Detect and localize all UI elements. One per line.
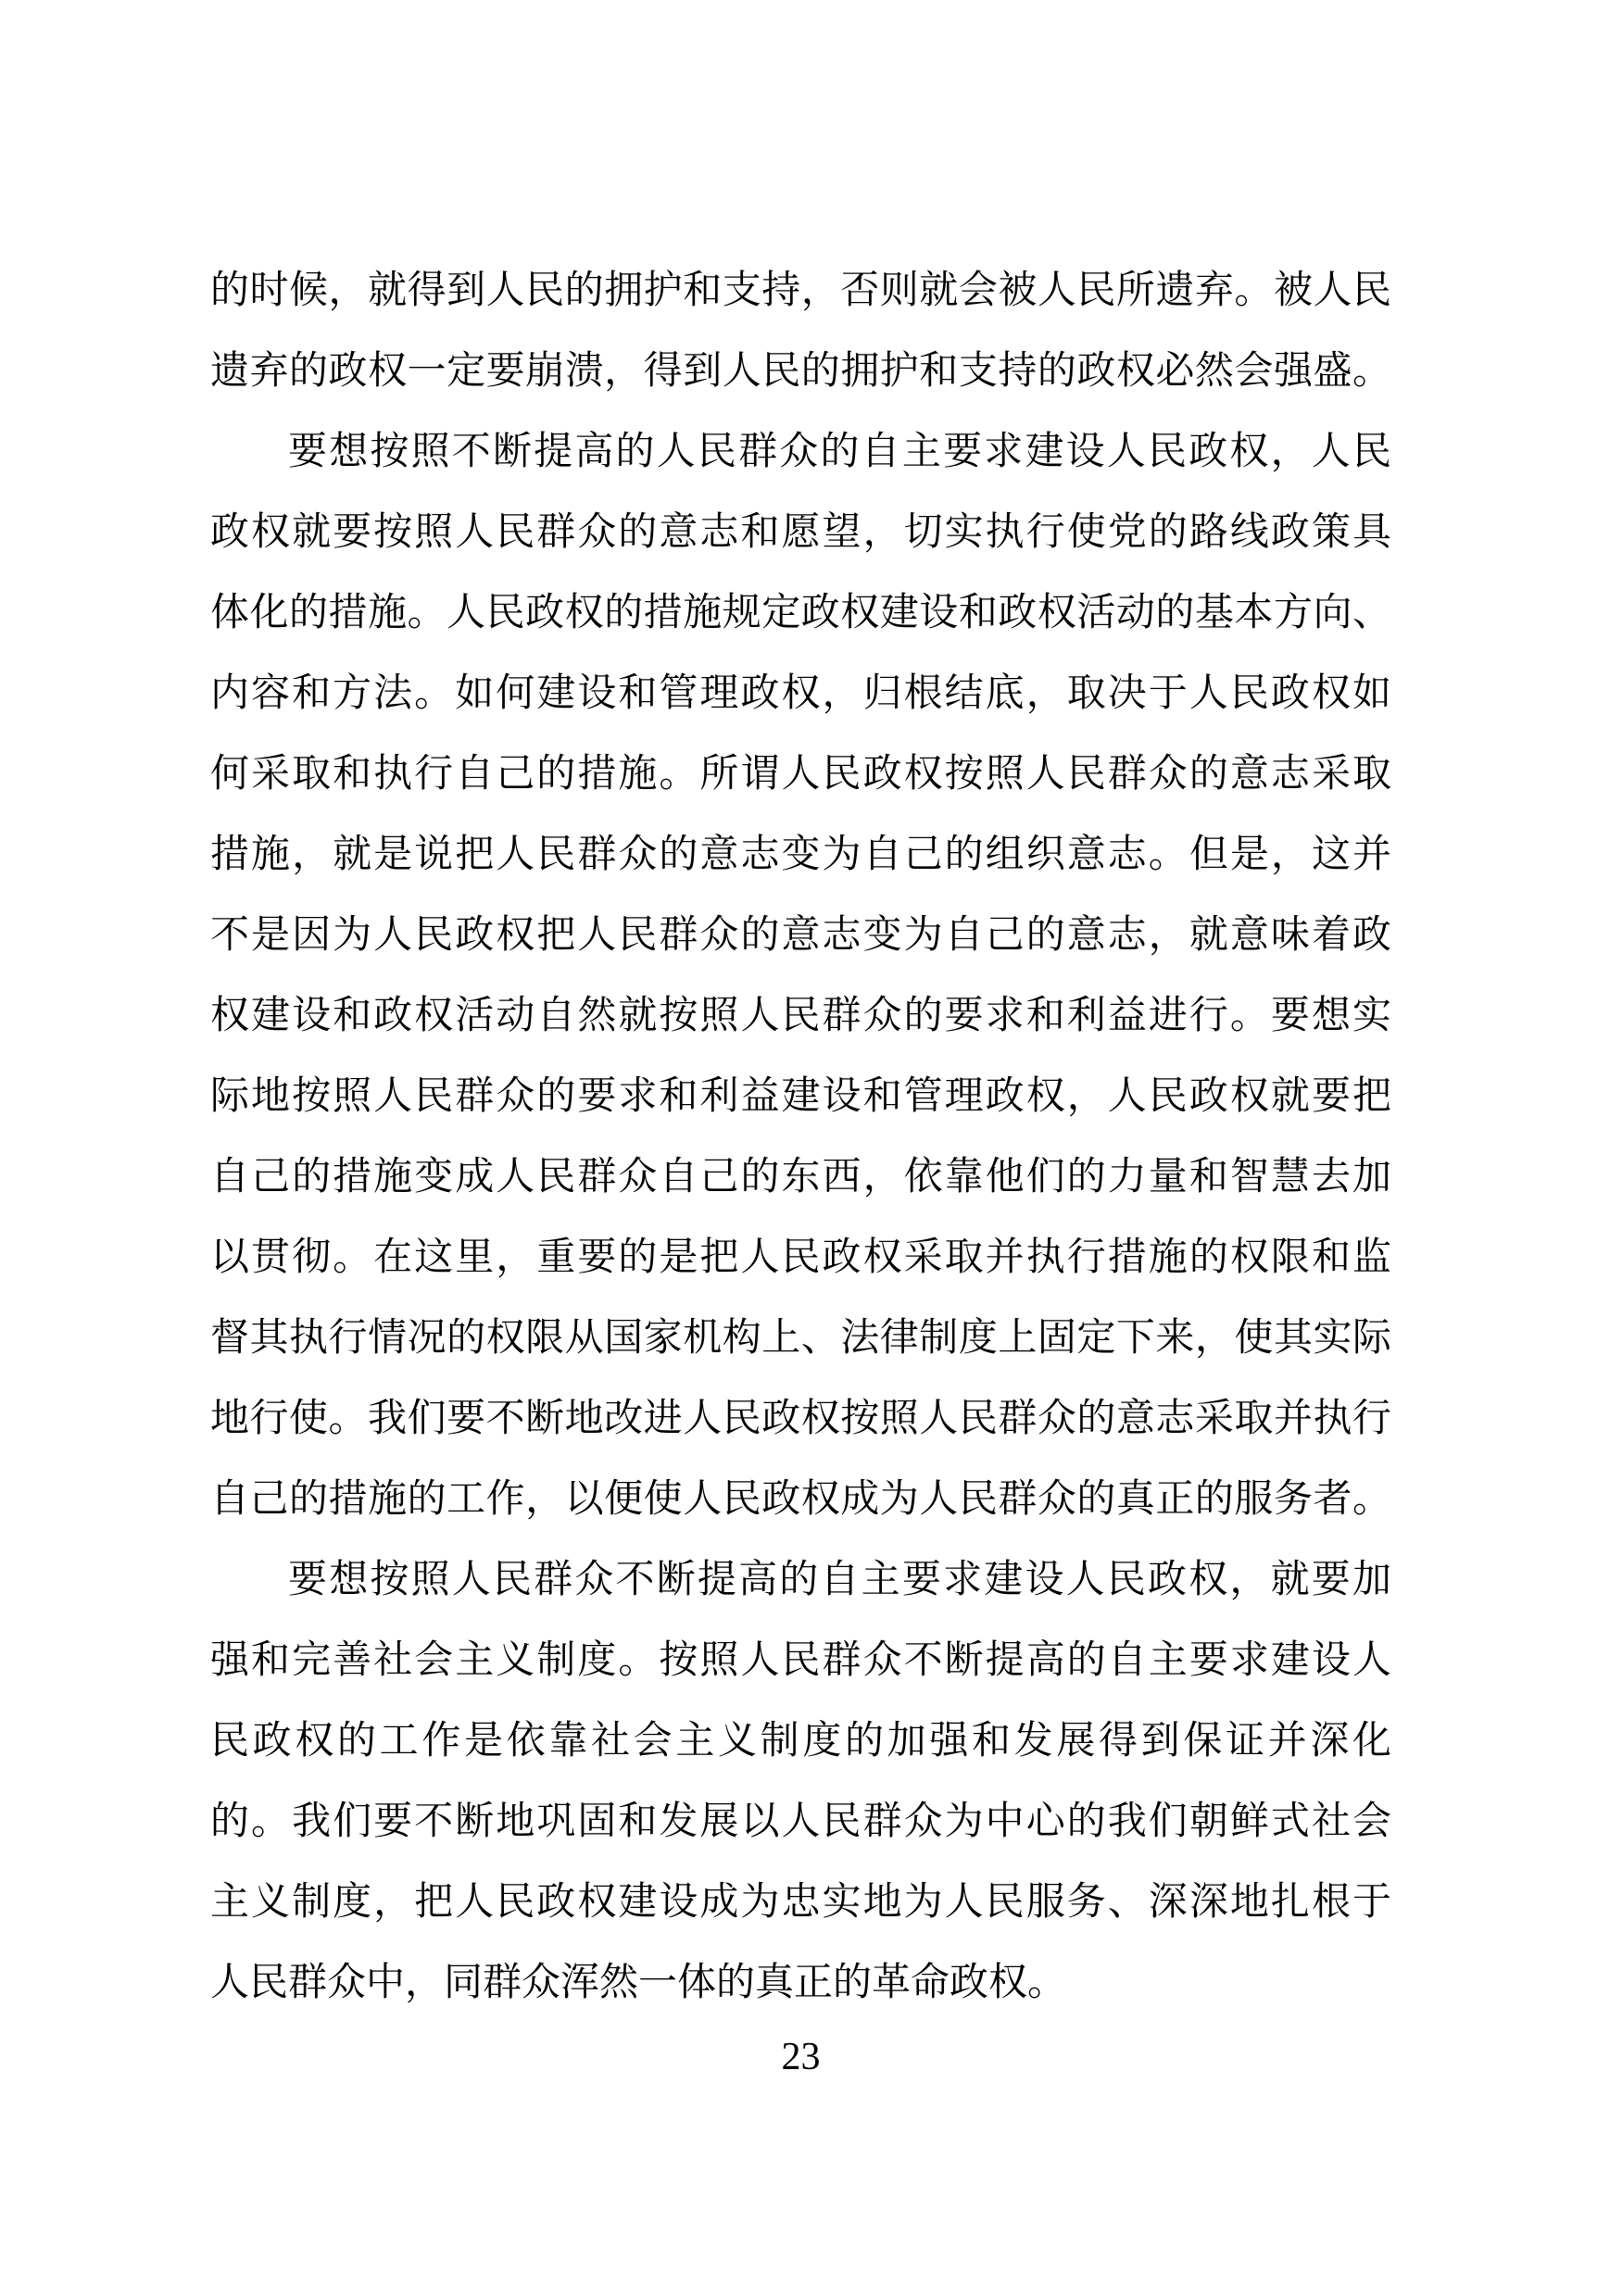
document-page: 的时候，就得到人民的拥护和支持，否则就会被人民所遗弃。被人民遗弃的政权一定要崩溃… xyxy=(0,0,1610,2296)
text-line: 要想按照人民群众不断提高的自主要求建设人民政权，就要加 xyxy=(210,1540,1391,1621)
text-line: 人民群众中，同群众浑然一体的真正的革命政权。 xyxy=(210,1943,1391,2024)
text-line: 自己的措施变成人民群众自己的东西，依靠他们的力量和智慧去加 xyxy=(210,1137,1391,1218)
text-line: 何采取和执行自己的措施。所谓人民政权按照人民群众的意志采取 xyxy=(210,734,1391,815)
page-number: 23 xyxy=(210,2031,1391,2083)
text-line: 措施，就是说把人民群众的意志变为自己的组织意志。但是，这并 xyxy=(210,815,1391,896)
text-line: 际地按照人民群众的要求和利益建设和管理政权，人民政权就要把 xyxy=(210,1057,1391,1137)
text-line: 民政权的工作是依靠社会主义制度的加强和发展得到保证并深化 xyxy=(210,1701,1391,1782)
paragraph: 的时候，就得到人民的拥护和支持，否则就会被人民所遗弃。被人民遗弃的政权一定要崩溃… xyxy=(210,251,1391,412)
text-line: 要想按照不断提高的人民群众的自主要求建设人民政权，人民 xyxy=(210,412,1391,493)
text-line: 内容和方法。如何建设和管理政权，归根结底，取决于人民政权如 xyxy=(210,654,1391,734)
paragraph: 要想按照人民群众不断提高的自主要求建设人民政权，就要加强和完善社会主义制度。按照… xyxy=(210,1540,1391,2024)
text-line: 的。我们要不断地巩固和发展以人民群众为中心的我们朝鲜式社会 xyxy=(210,1782,1391,1863)
text-line: 以贯彻。在这里，重要的是把人民政权采取并执行措施的权限和监 xyxy=(210,1218,1391,1299)
text-line: 遗弃的政权一定要崩溃，得到人民的拥护和支持的政权必然会强盛。 xyxy=(210,332,1391,412)
text-line: 权建设和政权活动自然就按照人民群众的要求和利益进行。要想实 xyxy=(210,976,1391,1057)
text-line: 督其执行情况的权限从国家机构上、法律制度上固定下来，使其实际 xyxy=(210,1299,1391,1379)
text-line: 地行使。我们要不断地改进人民政权按照人民群众的意志采取并执行 xyxy=(210,1379,1391,1460)
text-line: 强和完善社会主义制度。按照人民群众不断提高的自主要求建设人 xyxy=(210,1621,1391,1701)
text-line: 体化的措施。人民政权的措施规定政权建设和政权活动的基本方向、 xyxy=(210,573,1391,654)
text-line: 政权就要按照人民群众的意志和愿望，切实执行使党的路线政策具 xyxy=(210,493,1391,573)
text-line: 自己的措施的工作，以便使人民政权成为人民群众的真正的服务者。 xyxy=(210,1460,1391,1540)
text-line: 不是因为人民政权把人民群众的意志变为自己的意志，就意味着政 xyxy=(210,896,1391,976)
text-line: 主义制度，把人民政权建设成为忠实地为人民服务、深深地扎根于 xyxy=(210,1863,1391,1943)
paragraph: 要想按照不断提高的人民群众的自主要求建设人民政权，人民政权就要按照人民群众的意志… xyxy=(210,412,1391,1540)
text-line: 的时候，就得到人民的拥护和支持，否则就会被人民所遗弃。被人民 xyxy=(210,251,1391,332)
body-text: 的时候，就得到人民的拥护和支持，否则就会被人民所遗弃。被人民遗弃的政权一定要崩溃… xyxy=(210,251,1391,2024)
